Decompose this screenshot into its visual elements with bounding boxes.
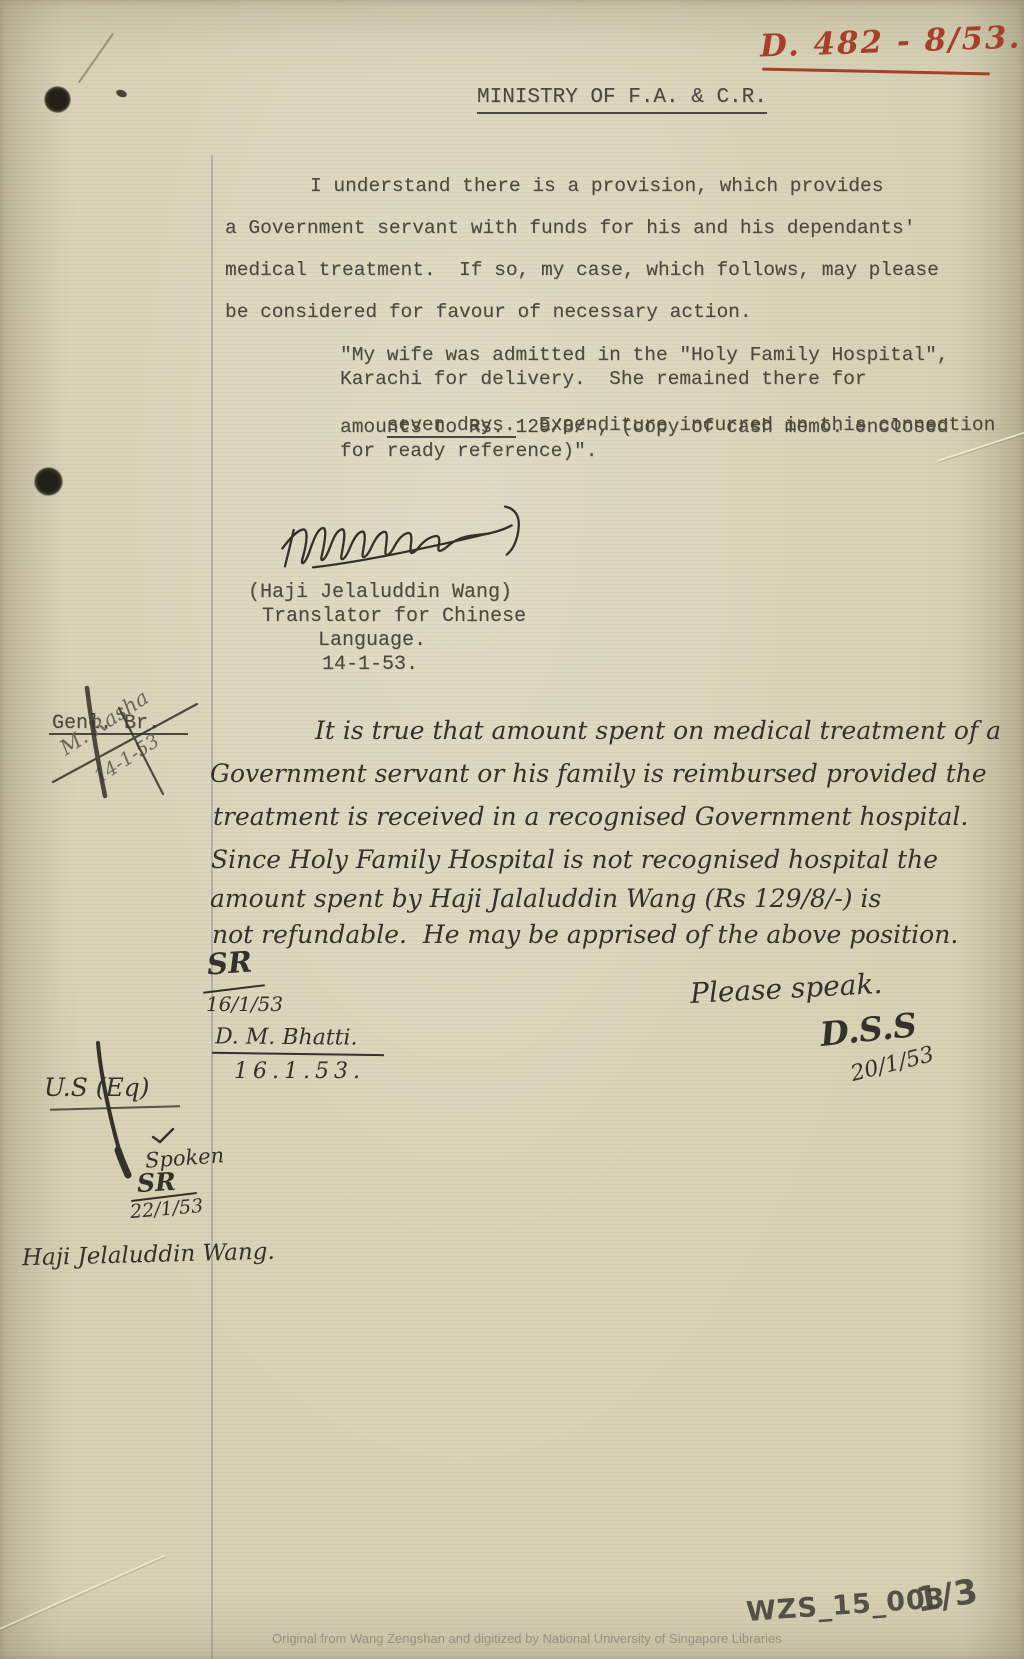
bhatti-underline (212, 1052, 384, 1056)
reviewer-initials-1-date: 16/1/53 (206, 992, 283, 1016)
minute-line-3: treatment is received in a recognised Go… (213, 802, 968, 831)
minute-line-5: amount spent by Haji Jalaluddin Wang (Rs… (210, 884, 881, 913)
signature-name: (Haji Jelaluddin Wang) (248, 581, 512, 604)
punch-hole-bottom (34, 467, 63, 496)
body-line-3: medical treatment. If so, my case, which… (225, 259, 939, 281)
quote-line-5: for ready reference)". (340, 440, 597, 462)
docket-number: D. 482 - 8/53. (759, 19, 1021, 64)
scanned-letter-page: D. 482 - 8/53. MINISTRY OF F.A. & C.R. I… (0, 0, 1024, 1659)
check-mark-icon (150, 1126, 176, 1144)
officer-initials: D.S.S (818, 1005, 918, 1054)
big-pen-stroke (88, 1038, 138, 1178)
crease-top-left (78, 33, 114, 83)
crease-bottom-left (0, 1554, 165, 1631)
minute-line-2: Government servant or his family is reim… (210, 759, 987, 788)
signature-date: 14-1-53. (322, 653, 418, 676)
page-title: MINISTRY OF F.A. & C.R. (477, 86, 767, 114)
haji-signature-scrawl (281, 496, 538, 577)
minute-line-6: not refundable. He may be apprised of th… (212, 920, 958, 949)
quote-line-1: "My wife was admitted in the "Holy Famil… (340, 344, 949, 366)
spoken-initials: SR (136, 1167, 176, 1198)
bhatti-date: 16.1.53. (234, 1059, 365, 1084)
bottom-name-note: Haji Jelaluddin Wang. (22, 1239, 275, 1272)
quote-line-2: Karachi for delivery. She remained there… (340, 368, 867, 390)
quote-line-4: amounts to Rs. 129/8/-, (copy of cash me… (340, 416, 949, 438)
signature-role-line-1: Translator for Chinese (262, 605, 526, 628)
minute-line-4: Since Holy Family Hospital is not recogn… (211, 845, 938, 874)
ink-speck (115, 88, 128, 98)
docket-underline (762, 68, 990, 75)
page-number: 1/3 (913, 1571, 981, 1620)
reviewer-initials-1: SR (206, 944, 253, 981)
please-speak-note: Please speak. (689, 967, 883, 1010)
bhatti-signature: D. M. Bhatti. (215, 1024, 358, 1050)
minute-line-1: It is true that amount spent on medical … (315, 716, 1001, 745)
body-line-4: be considered for favour of necessary ac… (225, 301, 752, 323)
punch-hole-top (44, 86, 71, 113)
body-line-1: I understand there is a provision, which… (310, 175, 883, 197)
digitization-watermark: Original from Wang Zengshan and digitize… (272, 1631, 782, 1646)
body-line-2: a Government servant with funds for his … (225, 217, 915, 239)
cross-out-strokes (35, 682, 215, 802)
signature-role-line-2: Language. (318, 629, 426, 652)
